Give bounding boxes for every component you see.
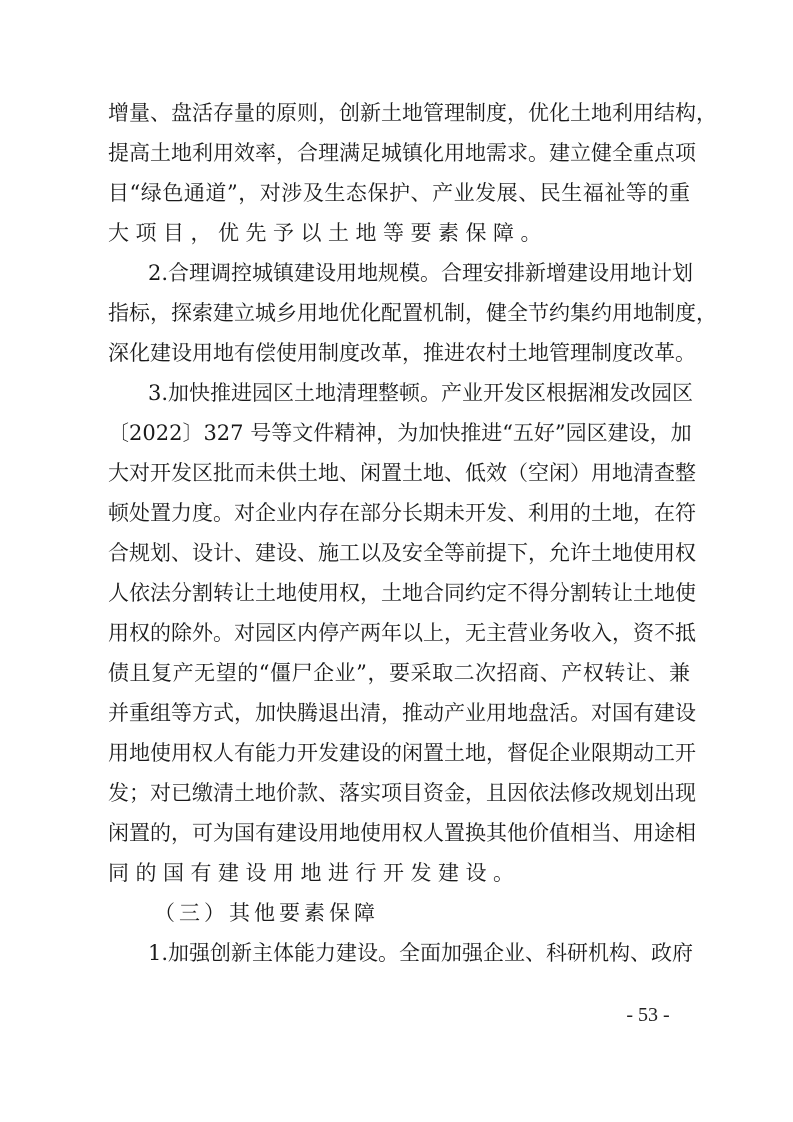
text-line: 用权的除外。对园区内停产两年以上，无主营业务收入，资不抵 — [108, 613, 690, 653]
page-number: - 53 - — [617, 1003, 679, 1027]
text-line: 并重组等方式，加快腾退出清，推动产业用地盘活。对国有建设 — [108, 693, 690, 733]
text-line: 债且复产无望的“僵尸企业”，要采取二次招商、产权转让、兼 — [108, 653, 690, 693]
text-line: 用地使用权人有能力开发建设的闲置土地，督促企业限期动工开 — [108, 733, 690, 773]
text-line: 目“绿色通道”，对涉及生态保护、产业发展、民生福祉等的重 — [108, 173, 690, 213]
text-line: 发；对已缴清土地价款、落实项目资金，且因依法修改规划出现 — [108, 773, 690, 813]
text-line: 同的国有建设用地进行开发建设。 — [108, 853, 690, 893]
text-line: 大对开发区批而未供土地、闲置土地、低效（空闲）用地清查整 — [108, 453, 690, 493]
paragraph-start-line: 3.加快推进园区土地清理整顿。产业开发区根据湘发改园区 — [108, 373, 690, 413]
text-line: 大项目，优先予以土地等要素保障。 — [108, 213, 690, 253]
text-line: 深化建设用地有偿使用制度改革，推进农村土地管理制度改革。 — [108, 333, 690, 373]
document-page: 增量、盘活存量的原则，创新土地管理制度，优化土地利用结构， 提高土地利用效率，合… — [0, 0, 793, 1122]
section-heading: （三）其他要素保障 — [108, 893, 690, 933]
text-line: 人依法分割转让土地使用权，土地合同约定不得分割转让土地使 — [108, 573, 690, 613]
paragraph-start-line: 2.合理调控城镇建设用地规模。合理安排新增建设用地计划 — [108, 253, 690, 293]
text-line: 闲置的，可为国有建设用地使用权人置换其他价值相当、用途相 — [108, 813, 690, 853]
text-line: 〔2022〕327 号等文件精神，为加快推进“五好”园区建设，加 — [108, 413, 690, 453]
text-line: 增量、盘活存量的原则，创新土地管理制度，优化土地利用结构， — [108, 93, 690, 133]
text-line: 顿处置力度。对企业内存在部分长期未开发、利用的土地，在符 — [108, 493, 690, 533]
text-line: 提高土地利用效率，合理满足城镇化用地需求。建立健全重点项 — [108, 133, 690, 173]
body-text: 增量、盘活存量的原则，创新土地管理制度，优化土地利用结构， 提高土地利用效率，合… — [108, 93, 690, 973]
paragraph-start-line: 1.加强创新主体能力建设。全面加强企业、科研机构、政府 — [108, 933, 690, 973]
text-line: 指标，探索建立城乡用地优化配置机制，健全节约集约用地制度， — [108, 293, 690, 333]
text-line: 合规划、设计、建设、施工以及安全等前提下，允许土地使用权 — [108, 533, 690, 573]
